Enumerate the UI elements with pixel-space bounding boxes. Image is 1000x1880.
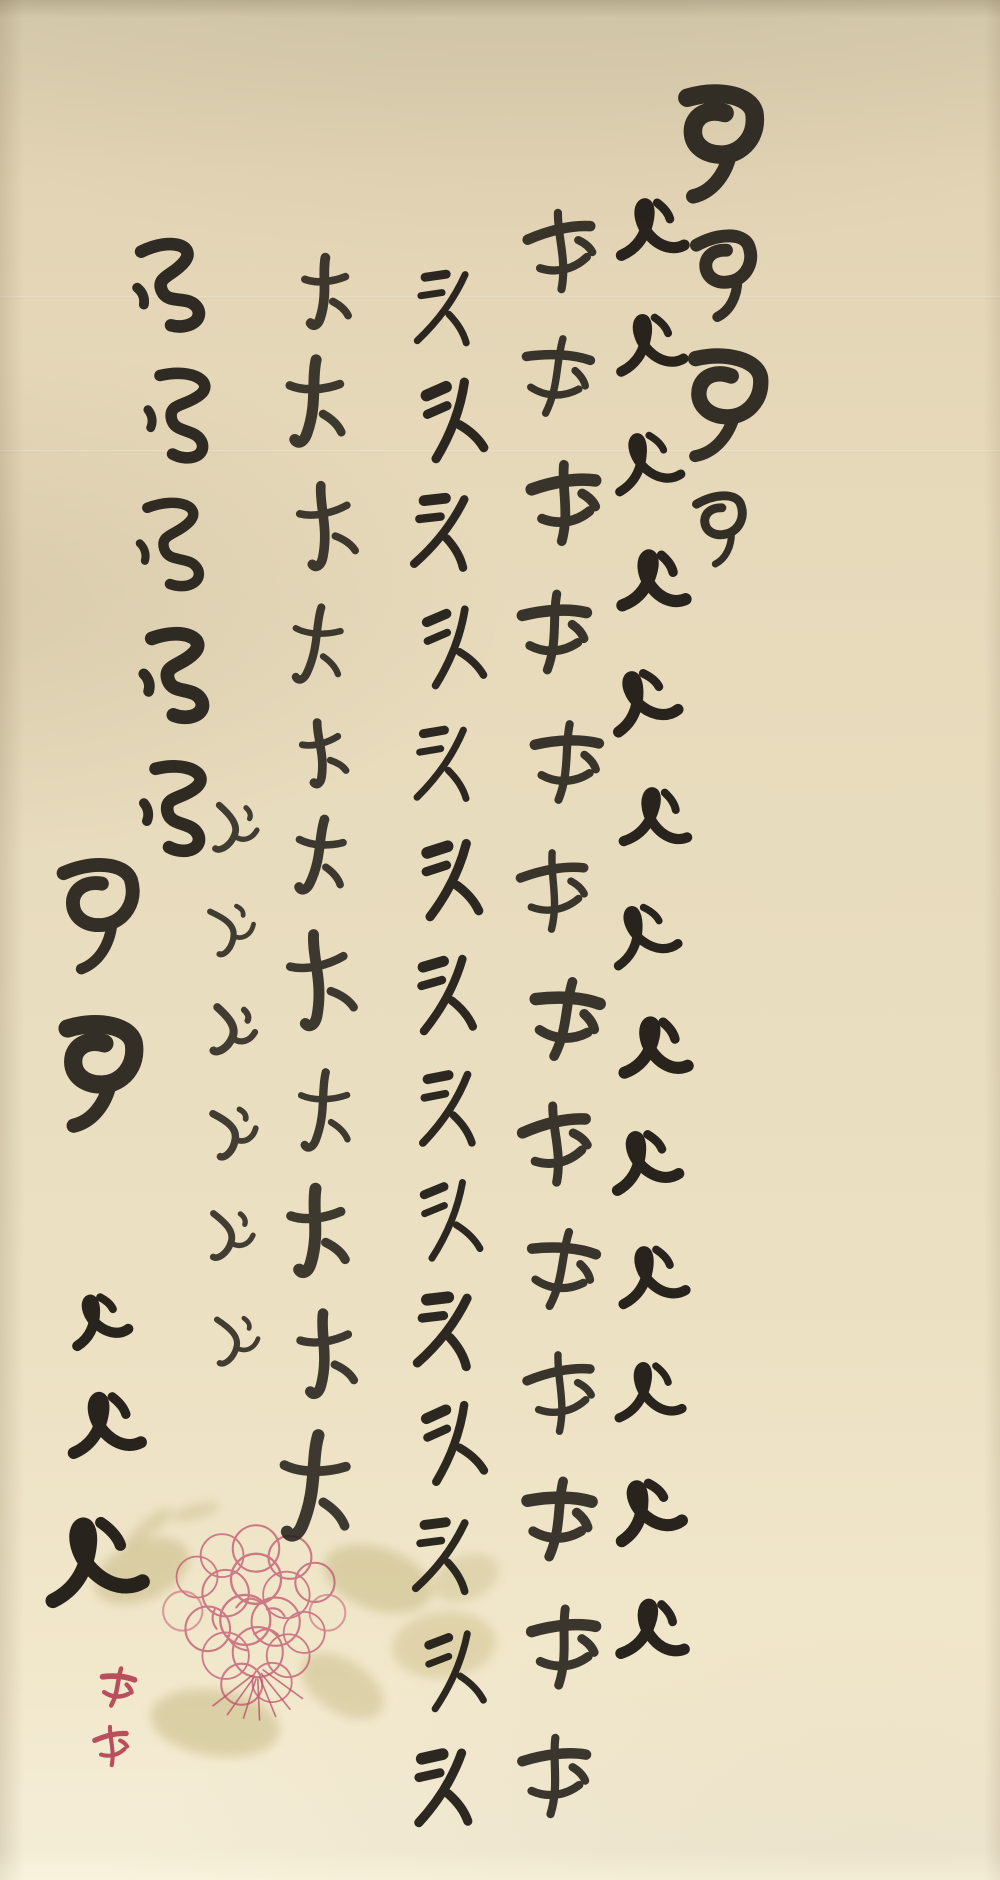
calligraphy-character: [287, 718, 357, 788]
calligraphy-character: [512, 1599, 612, 1699]
calligraphy-character: [596, 660, 693, 757]
calligraphy-character: [199, 897, 263, 961]
calligraphy-character: [279, 480, 371, 572]
calligraphy-character: [406, 600, 500, 694]
calligraphy-character: [514, 714, 614, 814]
calligraphy-character: [273, 602, 359, 688]
paper-edge-shadow: [984, 0, 1000, 1880]
paper-edge-highlight: [0, 1850, 1000, 1880]
leaf-wash: [389, 1607, 499, 1684]
calligraphy-character: [120, 487, 230, 597]
calligraphy-character: [286, 253, 364, 331]
calligraphy-character: [599, 422, 696, 519]
calligraphy-character: [602, 304, 699, 401]
calligraphy-character: [397, 261, 491, 355]
calligraphy-character: [502, 843, 602, 943]
calligraphy-character: [396, 1741, 490, 1835]
leaf-wash: [425, 1545, 506, 1610]
calligraphy-character: [403, 1173, 497, 1267]
paper-edge-shadow: [0, 0, 24, 1880]
peony-flower-sketch: [118, 1502, 394, 1770]
calligraphy-character: [406, 1396, 500, 1490]
calligraphy-character: [601, 1352, 698, 1449]
calligraphy-character: [648, 331, 794, 477]
calligraphy-character: [277, 814, 361, 898]
calligraphy-character: [669, 217, 781, 329]
calligraphy-character: [398, 1284, 492, 1378]
calligraphy-character: [399, 948, 493, 1042]
calligraphy-character: [124, 751, 234, 861]
calligraphy-character: [596, 894, 693, 991]
calligraphy-character: [200, 998, 264, 1062]
calligraphy-character: [279, 1067, 367, 1155]
calligraphy-character: [509, 1345, 609, 1445]
calligraphy-character: [604, 1590, 701, 1687]
calligraphy-character: [607, 778, 704, 875]
calligraphy-character: [502, 584, 602, 684]
calligraphy-character: [395, 485, 489, 579]
calligraphy-character: [117, 228, 227, 338]
calligraphy-character: [506, 1471, 606, 1571]
calligraphy-character: [124, 618, 234, 728]
calligraphy-character: [404, 833, 498, 927]
calligraphy-character: [401, 1062, 495, 1156]
calligraphy-character: [510, 203, 610, 303]
paper-crease: [0, 296, 1000, 299]
calligraphy-character: [607, 1008, 704, 1105]
calligraphy-character: [266, 354, 362, 450]
calligraphy-character: [605, 541, 702, 638]
calligraphy-character: [279, 1308, 371, 1400]
calligraphy-character: [202, 796, 266, 860]
calligraphy-character: [509, 1221, 609, 1321]
calligraphy-character: [24, 840, 170, 986]
calligraphy-character: [203, 1308, 267, 1372]
calligraphy-character: [505, 1096, 605, 1196]
calligraphy-character: [603, 189, 700, 286]
calligraphy-character: [504, 328, 604, 428]
paper-crease: [0, 450, 1000, 453]
calligraphy-character: [642, 68, 790, 216]
paper-edge-shadow: [0, 0, 1000, 18]
calligraphy-character: [201, 1100, 265, 1164]
calligraphy-character: [396, 717, 490, 811]
calligraphy-character: [600, 1470, 697, 1567]
calligraphy-character: [267, 928, 371, 1032]
calligraphy-character: [54, 1382, 158, 1486]
calligraphy-character: [674, 480, 768, 574]
calligraphy-character: [59, 1286, 141, 1368]
calligraphy-character: [513, 971, 613, 1071]
calligraphy-character: [503, 1728, 603, 1828]
letter-sheet: 哲夫尊兄 近時吾处求山水者日多 寔接在不暇 聊煩諸兄代筆 四季四条屏 五在潤銀三…: [0, 0, 1000, 1880]
calligraphy-character: [597, 1121, 694, 1218]
calligraphy-character: [198, 1203, 262, 1267]
calligraphy-character: [604, 1236, 701, 1333]
calligraphy-character: [268, 1183, 364, 1279]
calligraphy-character: [23, 999, 169, 1145]
calligraphy-character: [513, 455, 613, 555]
